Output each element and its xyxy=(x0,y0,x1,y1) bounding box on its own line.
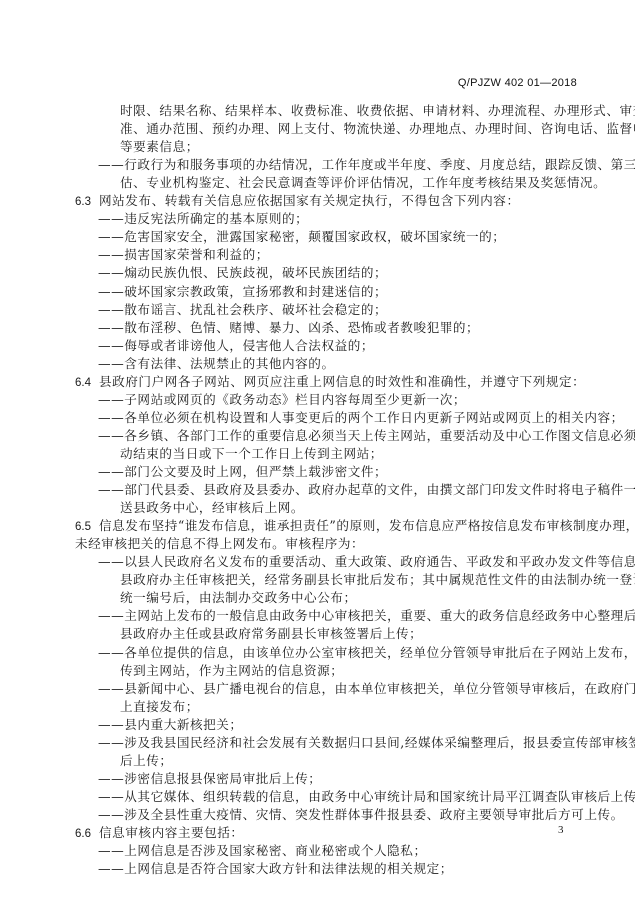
list-item: ——散布淫秽、色情、赌博、暴力、凶杀、恐怖或者教唆犯罪的； xyxy=(98,319,479,337)
list-item: ——危害国家安全，泄露国家秘密，颠覆国家政权，破坏国家统一的； xyxy=(98,228,505,246)
list-item-continuation: 准、通办范围、预约办理、网上支付、物流快递、办理地点、办理时间、咨询电话、监督电… xyxy=(120,120,635,138)
document-code: Q/PJZW 402 01—2018 xyxy=(458,77,577,89)
section-heading: 6.3网站发布、转载有关信息应依据国家有关规定执行，不得包含下列内容： xyxy=(75,192,520,210)
list-item: ——涉密信息报县保密局审批后上传； xyxy=(98,770,321,788)
section-number: 6.3 xyxy=(75,193,97,211)
list-item-continuation: 传到主网站，作为主网站的信息资源； xyxy=(120,662,343,680)
list-item: ——含有法律、法规禁止的其他内容的。 xyxy=(98,355,335,373)
list-item-continuation: 时限、结果名称、结果样本、收费标准、收费依据、申请材料、办理流程、办理形式、审查… xyxy=(120,102,635,120)
list-item: ——侮辱或者诽谤他人，侵害他人合法权益的； xyxy=(98,337,374,355)
list-item: ——行政行为和服务事项的办结情况，工作年度或半年度、季度、月度总结，跟踪反馈、第… xyxy=(98,156,635,174)
list-item-continuation: 估、专业机构鉴定、社会民意调查等评价评估情况，工作年度考核结果及奖惩情况。 xyxy=(120,174,606,192)
list-item-continuation: 统一编号后，由法制办交政务中心公布； xyxy=(120,589,357,607)
list-item: ——部门公文要及时上网，但严禁上载涉密文件； xyxy=(98,463,387,481)
list-item: ——各单位提供的信息，由该单位办公室审核把关，经单位分管领导审批后在子网站上发布… xyxy=(98,644,635,662)
paragraph-line: 未经审核把关的信息不得上网发布。审核程序为： xyxy=(75,535,364,553)
list-item-continuation: 县政府办主任或县政府常务副县长审核签署后上传； xyxy=(120,625,422,643)
list-item: ——违反宪法所确定的基本原则的； xyxy=(98,210,308,228)
list-item-continuation: 后上传； xyxy=(120,752,173,770)
list-item: ——上网信息是否涉及国家秘密、商业秘密或个人隐私； xyxy=(98,842,427,860)
page-number: 3 xyxy=(558,824,564,836)
list-item: ——子网站或网页的《政务动态》栏目内容每周至少更新一次； xyxy=(98,391,466,409)
list-item: ——涉及全县性重大疫情、灾情、突发性群体事件报县委、政府主要领导审批后方可上传。 xyxy=(98,806,624,824)
section-text: 县政府门户网各子网站、网页应注重上网信息的时效性和准确性，并遵守下列规定： xyxy=(99,374,585,389)
list-item: ——煽动民族仇恨、民族歧视，破坏民族团结的； xyxy=(98,264,387,282)
section-number: 6.5 xyxy=(75,518,97,536)
list-item: ——县内重大新核把关； xyxy=(98,716,243,734)
list-item: ——县新闻中心、县广播电视台的信息，由本单位审核把关，单位分管领导审核后，在政府… xyxy=(98,680,635,698)
section-number: 6.4 xyxy=(75,374,97,392)
list-item: ——从其它媒体、组织转载的信息，由政务中心审统计局和国家统计局平江调查队审核后上… xyxy=(98,788,635,806)
list-item-continuation: 上直接发布； xyxy=(120,698,199,716)
list-item: ——部门代县委、县政府及县委办、政府办起草的文件，由撰文部门印发文件时将电子稿件… xyxy=(98,481,635,499)
list-item-continuation: 送县政务中心，经审核后上网。 xyxy=(120,499,304,517)
section-heading: 6.5信息发布坚持“谁发布信息，谁承担责任”的原则，发布信息应严格按信息发布审核… xyxy=(75,517,635,535)
list-item-continuation: 等要素信息； xyxy=(120,138,199,156)
section-number: 6.6 xyxy=(75,825,97,843)
section-heading: 6.4县政府门户网各子网站、网页应注重上网信息的时效性和准确性，并遵守下列规定： xyxy=(75,373,585,391)
list-item: ——破坏国家宗教政策，宣扬邪教和封建迷信的； xyxy=(98,283,387,301)
list-item: ——损害国家荣誉和利益的； xyxy=(98,246,269,264)
list-item: ——主网站上发布的一般信息由政务中心审核把关，重要、重大的政务信息经政务中心整理… xyxy=(98,607,635,625)
section-heading: 6.6信息审核内容主要包括： xyxy=(75,824,244,842)
list-item: ——上网信息是否符合国家大政方针和法律法规的相关规定； xyxy=(98,860,453,878)
list-item: ——各单位必须在机构设置和人事变更后的两个工作日内更新子网站或网页上的相关内容； xyxy=(98,409,624,427)
section-text: 网站发布、转载有关信息应依据国家有关规定执行，不得包含下列内容： xyxy=(99,193,520,208)
list-item: ——涉及我县国民经济和社会发展有关数据归口县间,经媒体采编整理后，报县委宣传部审… xyxy=(98,734,635,752)
list-item: ——以县人民政府名义发布的重要活动、重大政策、政府通告、平政发和平政办发文件等信… xyxy=(98,553,635,571)
list-item-continuation: 县政府办主任审核把关，经常务副县长审批后发布；其中属规范性文件的由法制办统一登记… xyxy=(120,571,635,589)
section-text: 信息发布坚持“谁发布信息，谁承担责任”的原则，发布信息应严格按信息发布审核制度办… xyxy=(99,518,635,533)
list-item: ——各乡镇、各部门工作的重要信息必须当天上传主网站，重要活动及中心工作图文信息必… xyxy=(98,427,635,445)
list-item: ——散布谣言、扰乱社会秩序、破坏社会稳定的； xyxy=(98,301,387,319)
section-text: 信息审核内容主要包括： xyxy=(99,825,244,840)
list-item-continuation: 动结束的当日或下一个工作日上传到主网站； xyxy=(120,445,383,463)
